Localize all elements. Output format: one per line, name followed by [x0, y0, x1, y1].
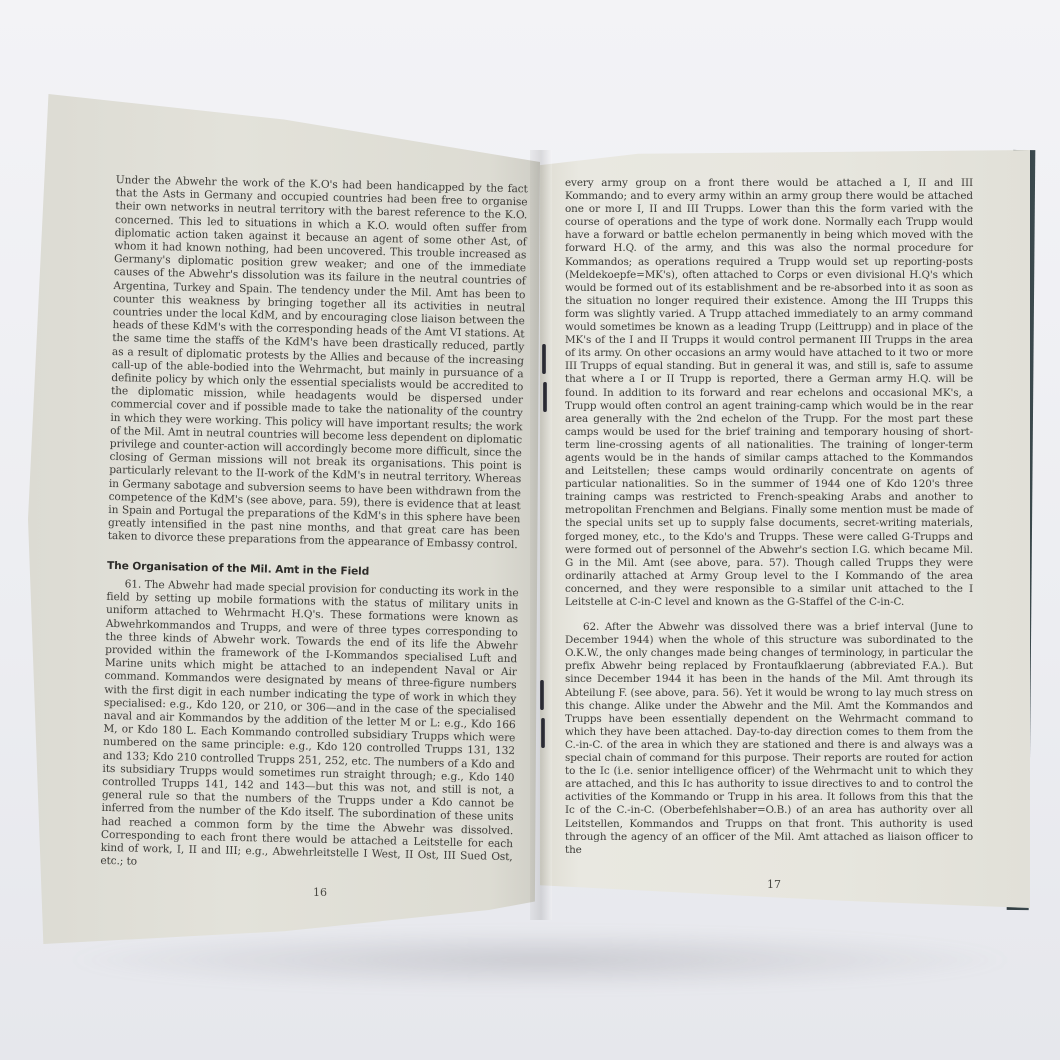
booklet-shadow	[60, 930, 1020, 990]
staple-top-upper	[542, 344, 546, 374]
staple-bottom-upper	[540, 680, 544, 710]
binding-gutter	[530, 150, 552, 920]
page-number-left: 16	[300, 886, 340, 899]
page-number-right: 17	[754, 878, 794, 891]
right-page: every army group on a front there would …	[540, 150, 1030, 908]
paragraph-62: 62. After the Abwehr was dissolved there…	[565, 621, 973, 857]
paragraph-continued-right: every army group on a front there would …	[565, 177, 973, 609]
paragraph-continued-left: Under the Abwehr the work of the K.O's h…	[108, 174, 528, 553]
left-page: Under the Abwehr the work of the K.O's h…	[28, 94, 540, 944]
staple-bottom-lower	[541, 718, 545, 748]
left-page-text: Under the Abwehr the work of the K.O's h…	[100, 174, 528, 878]
paragraph-61: 61. The Abwehr had made special provisio…	[100, 578, 518, 878]
staple-top-lower	[543, 382, 547, 412]
right-page-text: every army group on a front there would …	[565, 177, 973, 857]
